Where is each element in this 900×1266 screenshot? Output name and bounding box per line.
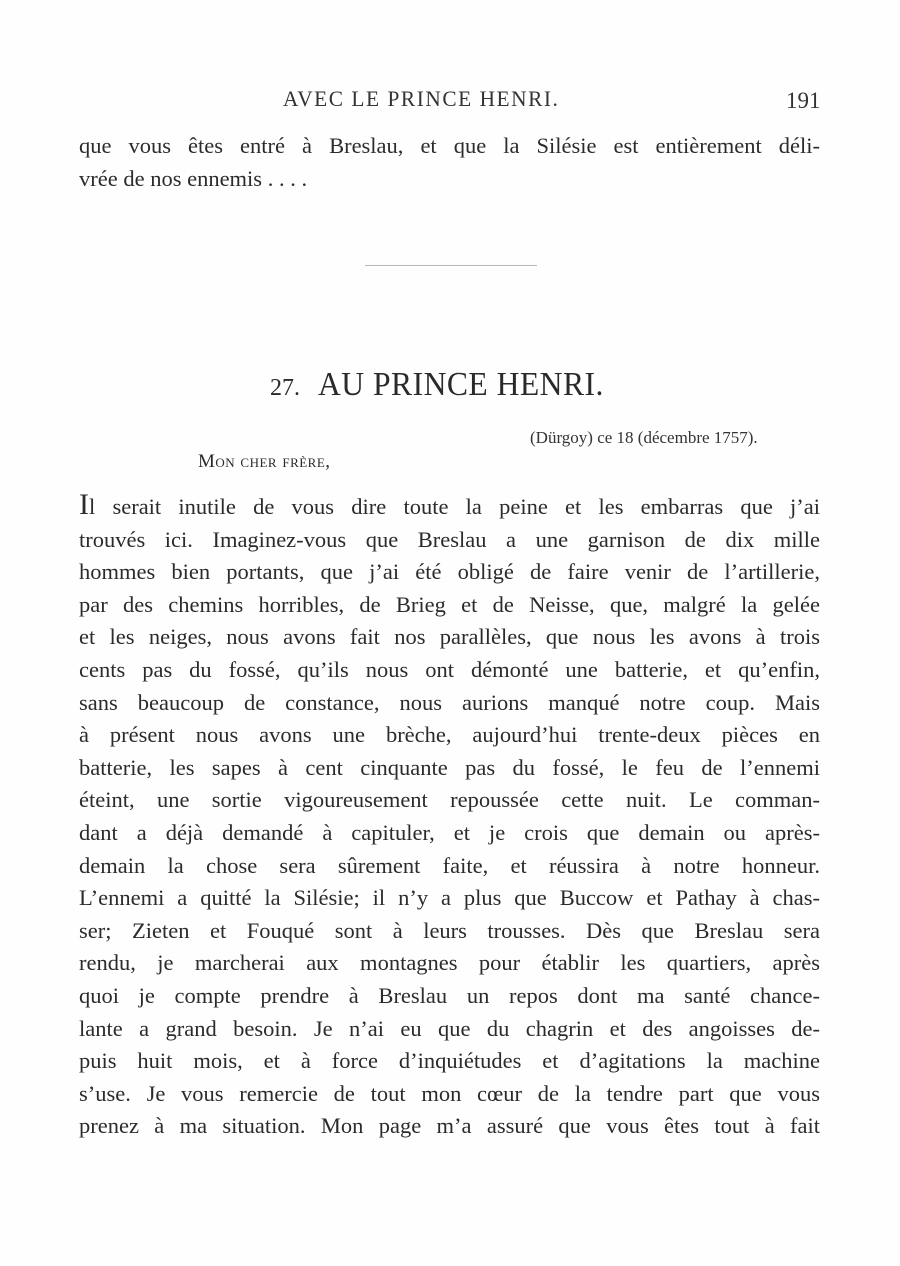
text-line: demain la chose sera sûrement faite, et … bbox=[79, 850, 820, 882]
text-line: ser; Zieten et Fouqué sont à leurs trous… bbox=[79, 915, 820, 947]
text-line: et les neiges, nous avons fait nos paral… bbox=[79, 621, 820, 653]
text-line: par des chemins horribles, de Brieg et d… bbox=[79, 589, 820, 621]
page-number: 191 bbox=[786, 88, 821, 114]
text-line-rest: l serait inutile de vous dire toute la p… bbox=[89, 494, 820, 519]
text-line: à présent nous avons une brèche, aujourd… bbox=[79, 719, 820, 751]
text-line: puis huit mois, et à force d’inquiétudes… bbox=[79, 1045, 820, 1077]
text-line: L’ennemi a quitté la Silésie; il n’y a p… bbox=[79, 882, 820, 914]
letter-heading: 27. AU PRINCE HENRI. bbox=[270, 366, 625, 410]
letter-title: AU PRINCE HENRI. bbox=[318, 366, 604, 404]
text-line: prenez à ma situation. Mon page m’a assu… bbox=[79, 1110, 820, 1142]
text-line: s’use. Je vous remercie de tout mon cœur… bbox=[79, 1078, 820, 1110]
text-line: éteint, une sortie vigoureusement repous… bbox=[79, 784, 820, 816]
running-title: AVEC LE PRINCE HENRI. bbox=[283, 86, 559, 112]
book-page: AVEC LE PRINCE HENRI. 191 que vous êtes … bbox=[0, 0, 900, 1266]
salutation: Mon cher frère, bbox=[198, 451, 331, 473]
text-line: sans beaucoup de constance, nous aurions… bbox=[79, 687, 820, 719]
text-line: vrée de nos ennemis . . . . bbox=[79, 163, 820, 195]
text-line: dant a déjà demandé à capituler, et je c… bbox=[79, 817, 820, 849]
letter-number: 27. bbox=[270, 375, 300, 401]
text-line: rendu, je marcherai aux montagnes pour é… bbox=[79, 947, 820, 979]
text-line: hommes bien portants, que j’ai été oblig… bbox=[79, 556, 820, 588]
text-line: batterie, les sapes à cent cinquante pas… bbox=[79, 752, 820, 784]
text-line: que vous êtes entré à Breslau, et que la… bbox=[79, 130, 820, 162]
text-line-first: Il serait inutile de vous dire toute la … bbox=[79, 491, 820, 523]
running-head: AVEC LE PRINCE HENRI. 191 bbox=[0, 86, 900, 116]
text-line: cents pas du fossé, qu’ils nous ont démo… bbox=[79, 654, 820, 686]
drop-cap: I bbox=[79, 488, 89, 521]
text-line: quoi je compte prendre à Breslau un repo… bbox=[79, 980, 820, 1012]
text-line: lante a grand besoin. Je n’ai eu que du … bbox=[79, 1013, 820, 1045]
text-line: trouvés ici. Imaginez-vous que Breslau a… bbox=[79, 524, 820, 556]
section-divider bbox=[365, 265, 537, 266]
dateline: (Dürgoy) ce 18 (décembre 1757). bbox=[530, 428, 758, 448]
